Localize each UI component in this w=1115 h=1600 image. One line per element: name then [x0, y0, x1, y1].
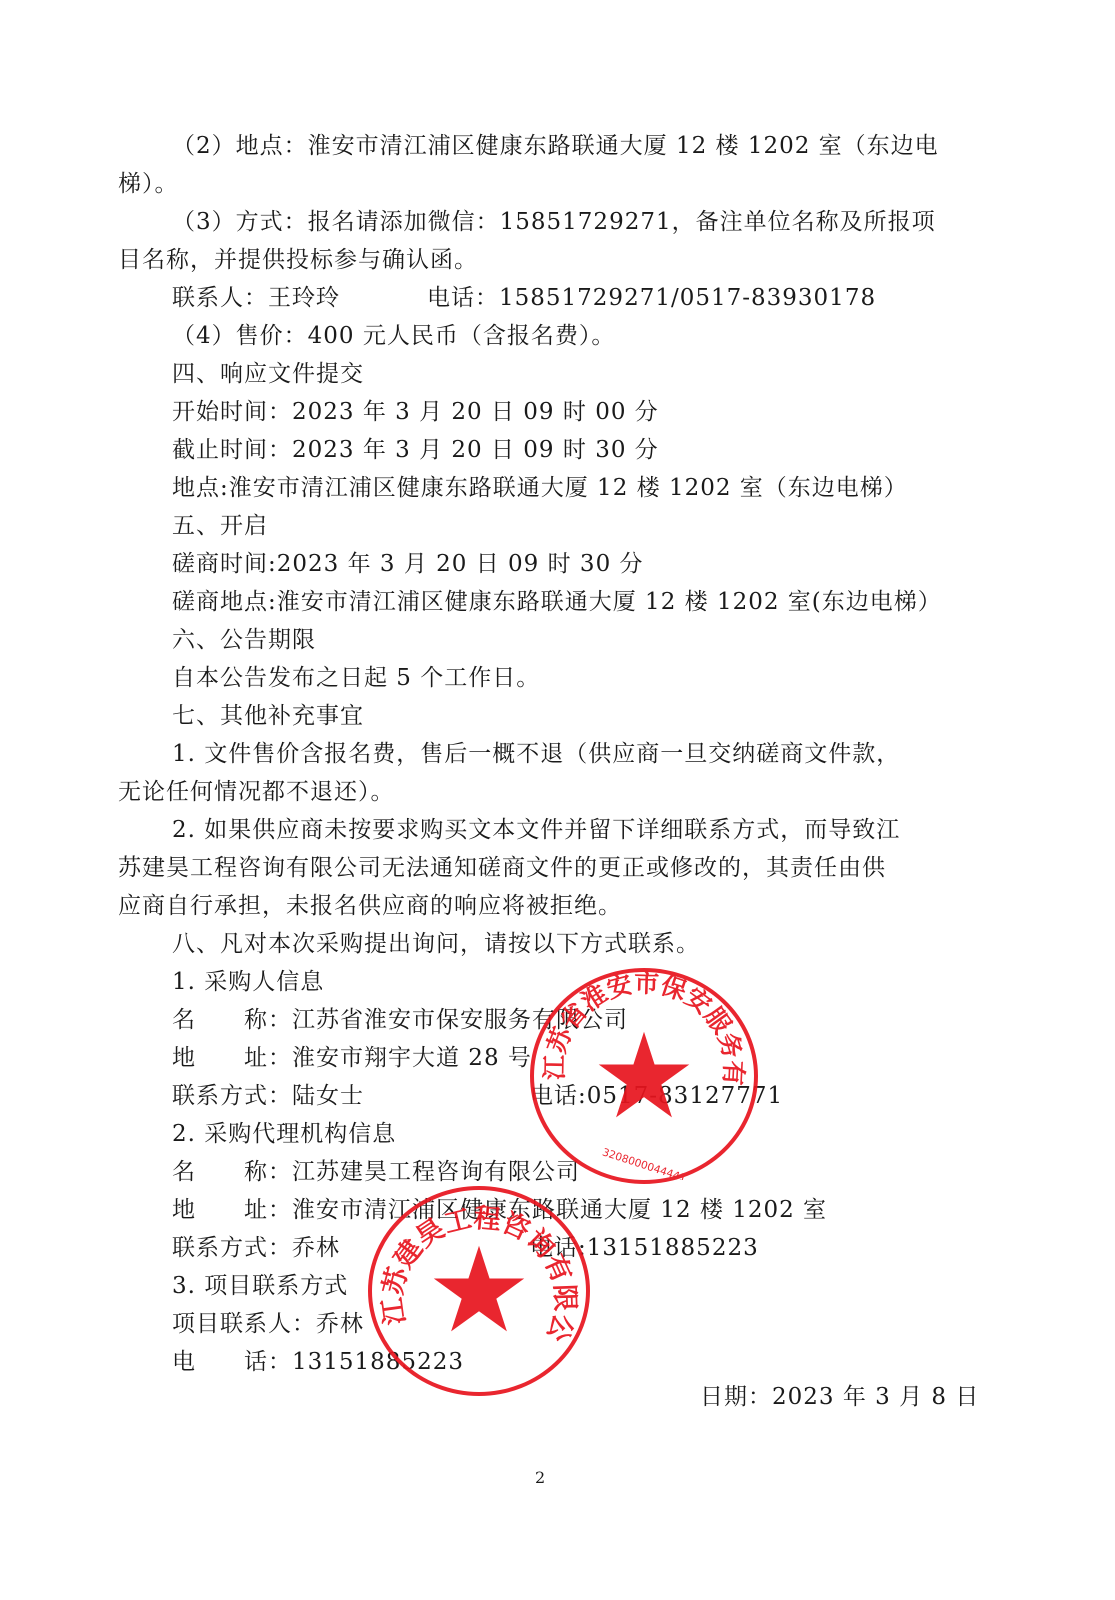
start-time: 开始时间：2023 年 3 月 20 日 09 时 00 分	[172, 397, 659, 427]
agency-info-heading: 2. 采购代理机构信息	[172, 1119, 396, 1149]
submission-location: 地点:淮安市清江浦区健康东路联通大厦 12 楼 1202 室（东边电梯）	[172, 473, 908, 503]
document-date: 日期：2023 年 3 月 8 日	[700, 1382, 979, 1412]
purchaser-info-heading: 1. 采购人信息	[172, 967, 324, 997]
purchaser-phone: 电话:0517-83127771	[530, 1081, 783, 1111]
page-number: 2	[535, 1468, 545, 1487]
notice-period: 自本公告发布之日起 5 个工作日。	[172, 663, 540, 693]
agency-address: 地 址：淮安市清江浦区健康东路联通大厦 12 楼 1202 室	[172, 1195, 827, 1225]
purchaser-address: 地 址：淮安市翔宇大道 28 号	[172, 1043, 532, 1073]
section-heading-6: 六、公告期限	[172, 625, 316, 655]
price-line: （4）售价：400 元人民币（含报名费）。	[172, 321, 615, 351]
star-icon: 江苏省淮安市保安服务有限公司 3208000044441	[534, 972, 754, 1180]
section-heading-5: 五、开启	[172, 511, 268, 541]
supplement-item-2: 2. 如果供应商未按要求购买文本文件并留下详细联系方式，而导致江	[172, 815, 900, 845]
location-line-cont: 梯）。	[118, 169, 179, 199]
supplement-item-2-cont: 苏建昊工程咨询有限公司无法通知磋商文件的更正或修改的，其责任由供	[118, 853, 886, 883]
method-line-cont: 目名称，并提供投标参与确认函。	[118, 245, 478, 275]
section-heading-4: 四、响应文件提交	[172, 359, 364, 389]
negotiation-location: 磋商地点:淮安市清江浦区健康东路联通大厦 12 楼 1202 室(东边电梯）	[172, 587, 942, 617]
supplement-item-2-cont2: 应商自行承担，未报名供应商的响应将被拒绝。	[118, 891, 622, 921]
purchaser-name: 名 称：江苏省淮安市保安服务有限公司	[172, 1005, 628, 1035]
agency-phone: 电话:13151885223	[530, 1233, 759, 1263]
supplement-item-1: 1. 文件售价含报名费，售后一概不退（供应商一旦交纳磋商文件款，	[172, 739, 900, 769]
location-line: （2）地点：淮安市清江浦区健康东路联通大厦 12 楼 1202 室（东边电	[172, 131, 939, 161]
contact-phone: 电话：15851729271/0517-83930178	[427, 283, 876, 313]
project-phone: 电 话：13151885223	[172, 1347, 464, 1377]
section-heading-8: 八、凡对本次采购提出询问，请按以下方式联系。	[172, 929, 700, 959]
project-contact-heading: 3. 项目联系方式	[172, 1271, 348, 1301]
purchaser-contact: 联系方式：陆女士	[172, 1081, 364, 1111]
end-time: 截止时间：2023 年 3 月 20 日 09 时 30 分	[172, 435, 659, 465]
agency-contact: 联系方式：乔林	[172, 1233, 340, 1263]
purchaser-seal: 江苏省淮安市保安服务有限公司 3208000044441	[530, 968, 758, 1184]
negotiation-time: 磋商时间:2023 年 3 月 20 日 09 时 30 分	[172, 549, 644, 579]
project-contact-person: 项目联系人：乔林	[172, 1309, 364, 1339]
agency-name: 名 称：江苏建昊工程咨询有限公司	[172, 1157, 580, 1187]
section-heading-7: 七、其他补充事宜	[172, 701, 364, 731]
supplement-item-1-cont: 无论任何情况都不退还）。	[118, 777, 395, 807]
purchaser-seal-code: 3208000044441	[601, 1146, 688, 1180]
contact-person: 联系人：王玲玲	[172, 283, 340, 313]
method-line: （3）方式：报名请添加微信：15851729271，备注单位名称及所报项	[172, 207, 936, 237]
